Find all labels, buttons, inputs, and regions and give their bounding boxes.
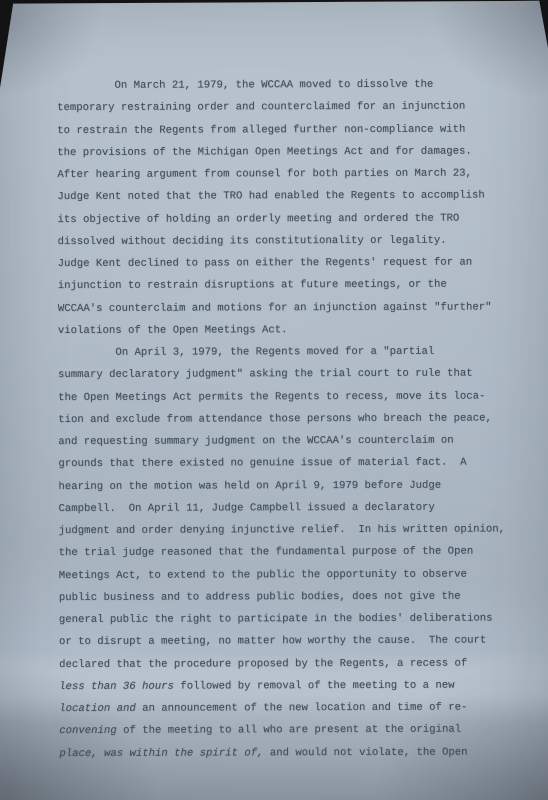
text-segment-italic: convening (59, 725, 116, 737)
text-line: its objective of holding an orderly meet… (57, 207, 527, 231)
text-line: After hearing argument from counsel for … (57, 162, 527, 186)
text-line: the trial judge reasoned that the fundam… (59, 541, 529, 565)
text-segment: injunction to restrain disruptions at fu… (58, 279, 447, 292)
text-line: to restrain the Regents from alleged fur… (57, 118, 527, 142)
text-line: location and an announcement of the new … (59, 696, 529, 720)
text-line: grounds that there existed no genuine is… (58, 452, 528, 476)
text-segment: public business and to address public bo… (59, 590, 461, 603)
text-line: violations of the Open Meetings Act. (58, 318, 528, 342)
text-segment: summary declaratory judgment" asking the… (58, 368, 473, 381)
text-line: judgment and order denying injunctive re… (59, 518, 529, 542)
text-segment: Campbell. On April 11, Judge Campbell is… (58, 501, 434, 514)
paper-page: On March 21, 1979, the WCCAA moved to di… (0, 0, 548, 800)
text-segment: and would not violate, the Open (263, 746, 467, 759)
text-segment: On April 3, 1979, the Regents moved for … (58, 346, 434, 359)
text-line: tion and exclude from attendance those p… (58, 407, 528, 431)
text-segment: After hearing argument from counsel for … (57, 168, 472, 181)
text-line: less than 36 hours followed by removal o… (59, 674, 529, 698)
text-segment: hearing on the motion was held on April … (58, 479, 441, 492)
text-segment: On March 21, 1979, the WCCAA moved to di… (57, 79, 433, 92)
text-segment: grounds that there existed no genuine is… (58, 457, 466, 470)
text-segment: Judge Kent declined to pass on either th… (58, 257, 473, 270)
text-segment: WCCAA's counterclaim and motions for an … (58, 301, 492, 315)
text-segment: tion and exclude from attendance those p… (58, 412, 492, 426)
text-segment: the trial judge reasoned that the fundam… (59, 546, 474, 559)
text-line: or to disrupt a meeting, no matter how w… (59, 630, 529, 654)
text-line: public business and to address public bo… (59, 585, 529, 609)
text-segment: its objective of holding an orderly meet… (57, 212, 459, 225)
text-segment-italic: place, was within the spirit of, (59, 747, 263, 760)
text-segment: violations of the Open Meetings Act. (58, 324, 288, 337)
text-line: Campbell. On April 11, Judge Campbell is… (58, 496, 528, 520)
text-line: Meetings Act, to extend to the public th… (59, 563, 529, 587)
text-segment-italic: less than 36 hours (59, 680, 174, 692)
text-segment: judgment and order denying injunctive re… (59, 523, 505, 537)
text-line: the provisions of the Michigan Open Meet… (57, 140, 527, 164)
typewritten-text: On March 21, 1979, the WCCAA moved to di… (57, 73, 529, 764)
text-line: place, was within the spirit of, and wou… (59, 741, 529, 765)
text-segment: to restrain the Regents from alleged fur… (57, 123, 465, 136)
text-line: On April 3, 1979, the Regents moved for … (58, 340, 528, 364)
text-line: hearing on the motion was held on April … (58, 474, 528, 498)
text-segment: Judge Kent noted that the TRO had enable… (57, 190, 484, 203)
text-segment: or to disrupt a meeting, no matter how w… (59, 635, 486, 648)
text-segment: Meetings Act, to extend to the public th… (59, 568, 467, 581)
text-line: dissolved without deciding its constitut… (58, 229, 528, 253)
text-segment: temporary restraining order and counterc… (57, 101, 465, 114)
text-line: convening of the meeting to all who are … (59, 719, 529, 743)
text-segment: the Open Meetings Act permits the Regent… (58, 390, 485, 403)
photo-background: On March 21, 1979, the WCCAA moved to di… (0, 0, 548, 800)
text-segment: followed by removal of the meeting to a … (174, 679, 455, 692)
text-line: declared that the procedure proposed by … (59, 652, 529, 676)
text-segment-italic: location and (59, 703, 136, 715)
text-segment: general public the right to participate … (59, 612, 493, 626)
text-segment: and requesting summary judgment on the W… (58, 435, 453, 448)
text-segment: an announcement of the new location and … (136, 702, 468, 715)
text-line: and requesting summary judgment on the W… (58, 429, 528, 453)
text-segment: the provisions of the Michigan Open Meet… (57, 145, 472, 158)
text-line: the Open Meetings Act permits the Regent… (58, 385, 528, 409)
text-line: temporary restraining order and counterc… (57, 96, 527, 120)
text-line: summary declaratory judgment" asking the… (58, 363, 528, 387)
text-line: WCCAA's counterclaim and motions for an … (58, 296, 528, 320)
text-segment: declared that the procedure proposed by … (59, 657, 467, 670)
text-line: On March 21, 1979, the WCCAA moved to di… (57, 73, 527, 97)
text-line: general public the right to participate … (59, 607, 529, 631)
text-line: Judge Kent noted that the TRO had enable… (57, 185, 527, 209)
text-segment: dissolved without deciding its constitut… (58, 234, 447, 247)
text-line: injunction to restrain disruptions at fu… (58, 274, 528, 298)
text-line: Judge Kent declined to pass on either th… (58, 251, 528, 275)
text-segment: of the meeting to all who are present at… (117, 724, 461, 737)
